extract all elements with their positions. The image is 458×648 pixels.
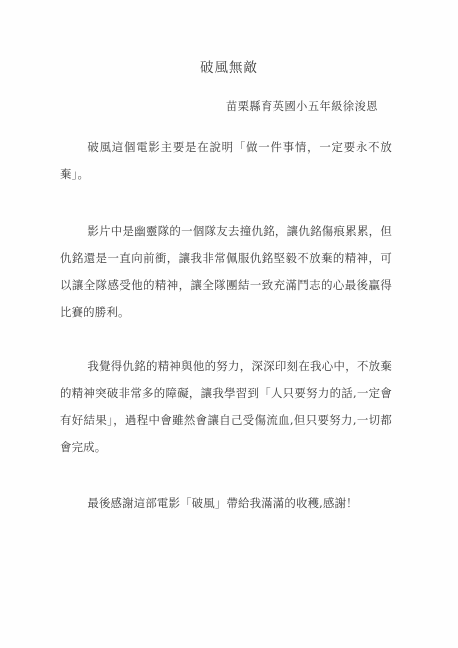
document-body: 破風這個電影主要是在說明「做一件事情，一定要永不放棄」。 影片中是幽靈隊的一個隊…	[60, 134, 392, 517]
document-title: 破風無敵	[0, 60, 458, 76]
paragraph-closing: 最後感謝這部電影「破風」帶給我滿滿的收穫,感謝！	[60, 490, 392, 517]
paragraph-reflection: 我覺得仇銘的精神與他的努力，深深印刻在我心中，不放棄的精神突破非常多的障礙，讓我…	[60, 353, 392, 461]
author-line: 苗栗縣育英國小五年級徐浚恩	[0, 100, 458, 114]
paragraph-plot: 影片中是幽靈隊的一個隊友去撞仇銘，讓仇銘傷痕累累，但仇銘還是一直向前衝，讓我非常…	[60, 218, 392, 326]
paragraph-intro: 破風這個電影主要是在說明「做一件事情，一定要永不放棄」。	[60, 134, 392, 188]
document-page: 破風無敵 苗栗縣育英國小五年級徐浚恩 破風這個電影主要是在說明「做一件事情，一定…	[0, 0, 458, 648]
